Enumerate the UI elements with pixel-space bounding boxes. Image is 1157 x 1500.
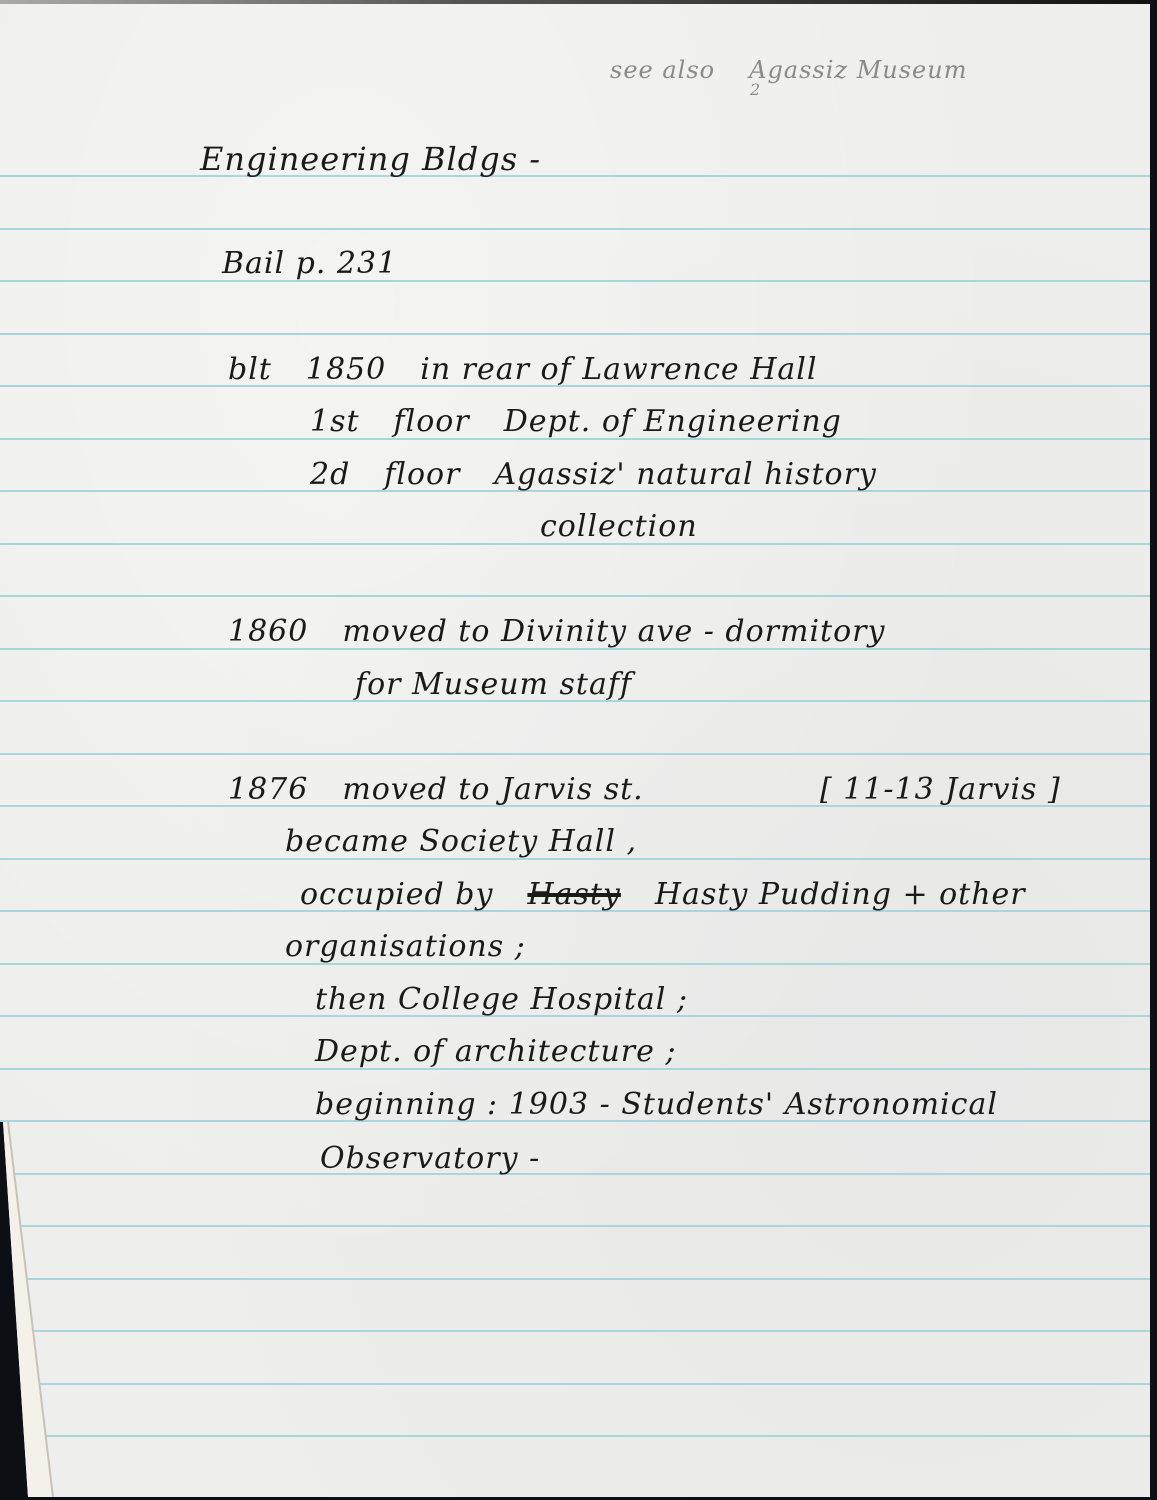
entry-1876-bracket-note: [ 11-13 Jarvis ] (820, 772, 1061, 807)
occupied-text: Hasty Pudding + other (655, 877, 1026, 912)
entry-1876-occupied: occupied byHastyHasty Pudding + other (300, 877, 1026, 912)
ruled-line (0, 1278, 1150, 1280)
entry-1876-detail: beginning : 1903 - Students' Astronomica… (315, 1087, 998, 1122)
entry-1850: blt1850in rear of Lawrence Hall (228, 352, 817, 387)
floor-number: 2d (310, 457, 350, 492)
floor-label: floor (394, 404, 470, 439)
entry-1876-year: 1876 (228, 772, 308, 807)
entry-1860-year: 1860 (228, 614, 308, 649)
ruled-line (0, 228, 1150, 230)
entry-1850-text: in rear of Lawrence Hall (420, 352, 817, 387)
ruled-line (0, 1330, 1150, 1332)
ruled-line (0, 1225, 1150, 1227)
ruled-line (0, 753, 1150, 755)
reference: Bail p. 231 (222, 246, 397, 281)
floor-text: Dept. of Engineering (504, 404, 842, 439)
entry-1876-text: moved to Jarvis st. (342, 772, 643, 807)
ruled-line (0, 963, 1150, 965)
entry-1876-detail: then College Hospital ; (315, 982, 688, 1017)
margin-note-text: Agassiz Museum (749, 56, 967, 84)
ruled-line (0, 1383, 1150, 1385)
ruled-line (0, 1173, 1150, 1175)
entry-1850-collection: collection (540, 509, 698, 544)
folded-corner-shadow-icon (0, 1122, 60, 1497)
entry-1876-detail: Dept. of architecture ; (315, 1034, 677, 1069)
floor-label: floor (384, 457, 460, 492)
floor-text: Agassiz' natural history (494, 457, 876, 492)
notebook-page: see alsoAgassiz Museum 2 Engineering Bld… (0, 4, 1150, 1497)
entry-1860-continuation: for Museum staff (355, 667, 632, 702)
entry-1850-label: blt (228, 352, 272, 387)
occupied-prefix: occupied by (300, 877, 493, 912)
entry-1850-second-floor: 2dfloorAgassiz' natural history (310, 457, 877, 492)
entry-1876-detail: Observatory - (320, 1141, 540, 1176)
margin-note: see alsoAgassiz Museum (610, 56, 967, 84)
ruled-line (0, 280, 1150, 282)
ruled-line (0, 333, 1150, 335)
entry-1876-detail: organisations ; (285, 929, 526, 964)
margin-note-sub: 2 (750, 80, 761, 99)
entry-1850-year: 1850 (306, 352, 386, 387)
page-title: Engineering Bldgs - (200, 140, 541, 178)
ruled-line (0, 595, 1150, 597)
ruled-line (0, 175, 1150, 177)
entry-1876-detail: became Society Hall , (285, 824, 637, 859)
margin-note-prefix: see also (610, 56, 715, 84)
struck-word: Hasty (527, 877, 620, 912)
entry-1860-text: moved to Divinity ave - dormitory (342, 614, 885, 649)
entry-1850-first-floor: 1stfloorDept. of Engineering (310, 404, 842, 439)
scan-right-edge (1150, 0, 1157, 1500)
entry-1860: 1860moved to Divinity ave - dormitory (228, 614, 885, 649)
ruled-line (0, 1435, 1150, 1437)
entry-1876: 1876moved to Jarvis st. (228, 772, 644, 807)
floor-number: 1st (310, 404, 360, 439)
